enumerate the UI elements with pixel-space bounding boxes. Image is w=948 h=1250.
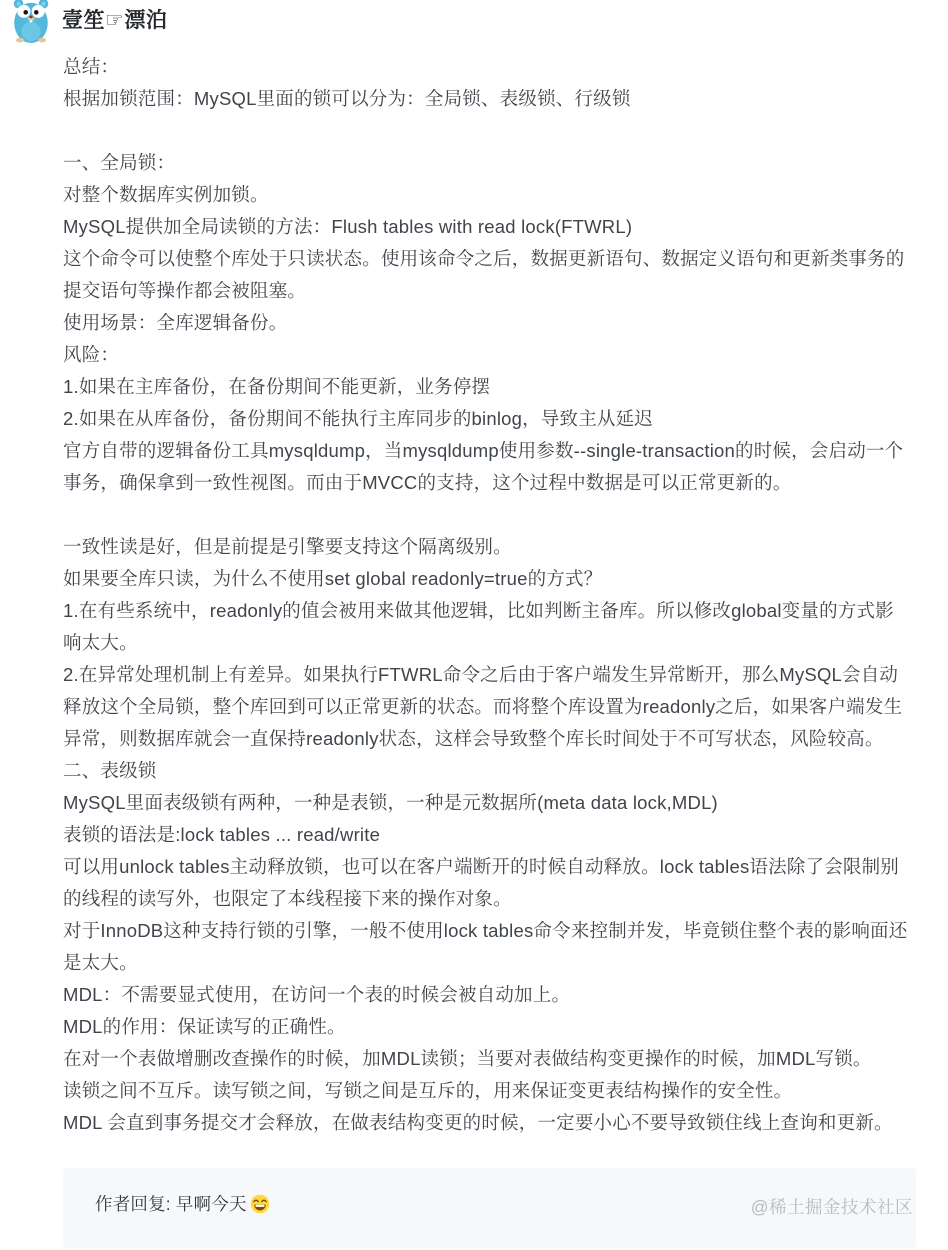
author-avatar[interactable] xyxy=(8,0,54,43)
grin-emoji xyxy=(250,1194,270,1214)
gopher-avatar-icon xyxy=(8,0,54,43)
author-username[interactable]: 壹笙☞漂泊 xyxy=(62,4,167,34)
site-watermark: @稀土掘金技术社区 xyxy=(751,1194,913,1219)
author-reply-line: 作者回复: 早啊今天 xyxy=(95,1191,270,1216)
comment-page: 壹笙☞漂泊 总结： 根据加锁范围：MySQL里面的锁可以分为：全局锁、表级锁、行… xyxy=(0,0,948,1250)
comment-body-text: 总结： 根据加锁范围：MySQL里面的锁可以分为：全局锁、表级锁、行级锁 一、全… xyxy=(63,51,912,1139)
author-reply-text: 作者回复: 早啊今天 xyxy=(95,1191,247,1216)
